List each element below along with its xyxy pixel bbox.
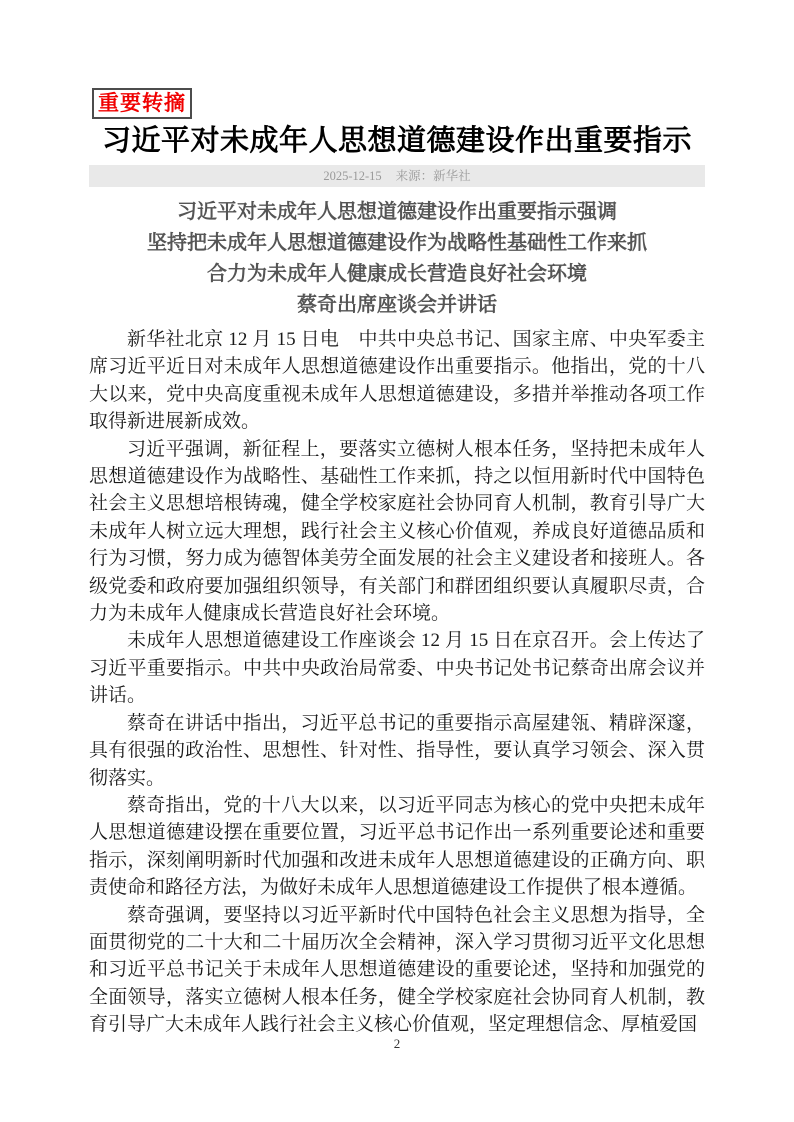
body-paragraph: 习近平强调，新征程上，要落实立德树人根本任务，坚持把未成年人思想道德建设作为战略…	[89, 436, 705, 628]
body-paragraph: 蔡奇在讲话中指出，习近平总书记的重要指示高屋建瓴、精辟深邃，具有很强的政治性、思…	[89, 710, 705, 792]
publish-date: 2025-12-15	[323, 169, 381, 183]
body-paragraph: 未成年人思想道德建设工作座谈会 12 月 15 日在京召开。会上传达了习近平重要…	[89, 627, 705, 709]
document-page: 重要转摘 习近平对未成年人思想道德建设作出重要指示 2025-12-15来源：新…	[0, 0, 794, 1122]
body-paragraph: 蔡奇强调，要坚持以习近平新时代中国特色社会主义思想为指导，全面贯彻党的二十大和二…	[89, 902, 705, 1039]
subtitle-line: 合力为未成年人健康成长营造良好社会环境	[89, 259, 705, 290]
category-tag: 重要转摘	[92, 88, 192, 119]
subtitle-line: 坚持把未成年人思想道德建设作为战略性基础性工作来抓	[89, 228, 705, 259]
page-number: 2	[0, 1036, 794, 1052]
subtitle-line: 蔡奇出席座谈会并讲话	[89, 290, 705, 321]
source-label: 来源：	[396, 169, 434, 183]
source-name: 新华社	[433, 169, 471, 183]
body-paragraph: 新华社北京 12 月 15 日电 中共中央总书记、国家主席、中央军委主席习近平近…	[89, 326, 705, 436]
article-body: 新华社北京 12 月 15 日电 中共中央总书记、国家主席、中央军委主席习近平近…	[89, 326, 705, 1039]
subtitle-block: 习近平对未成年人思想道德建设作出重要指示强调 坚持把未成年人思想道德建设作为战略…	[89, 197, 705, 321]
subtitle-line: 习近平对未成年人思想道德建设作出重要指示强调	[89, 197, 705, 228]
body-paragraph: 蔡奇指出，党的十八大以来，以习近平同志为核心的党中央把未成年人思想道德建设摆在重…	[89, 792, 705, 902]
article-title: 习近平对未成年人思想道德建设作出重要指示	[89, 122, 705, 160]
meta-bar: 2025-12-15来源：新华社	[89, 165, 705, 187]
